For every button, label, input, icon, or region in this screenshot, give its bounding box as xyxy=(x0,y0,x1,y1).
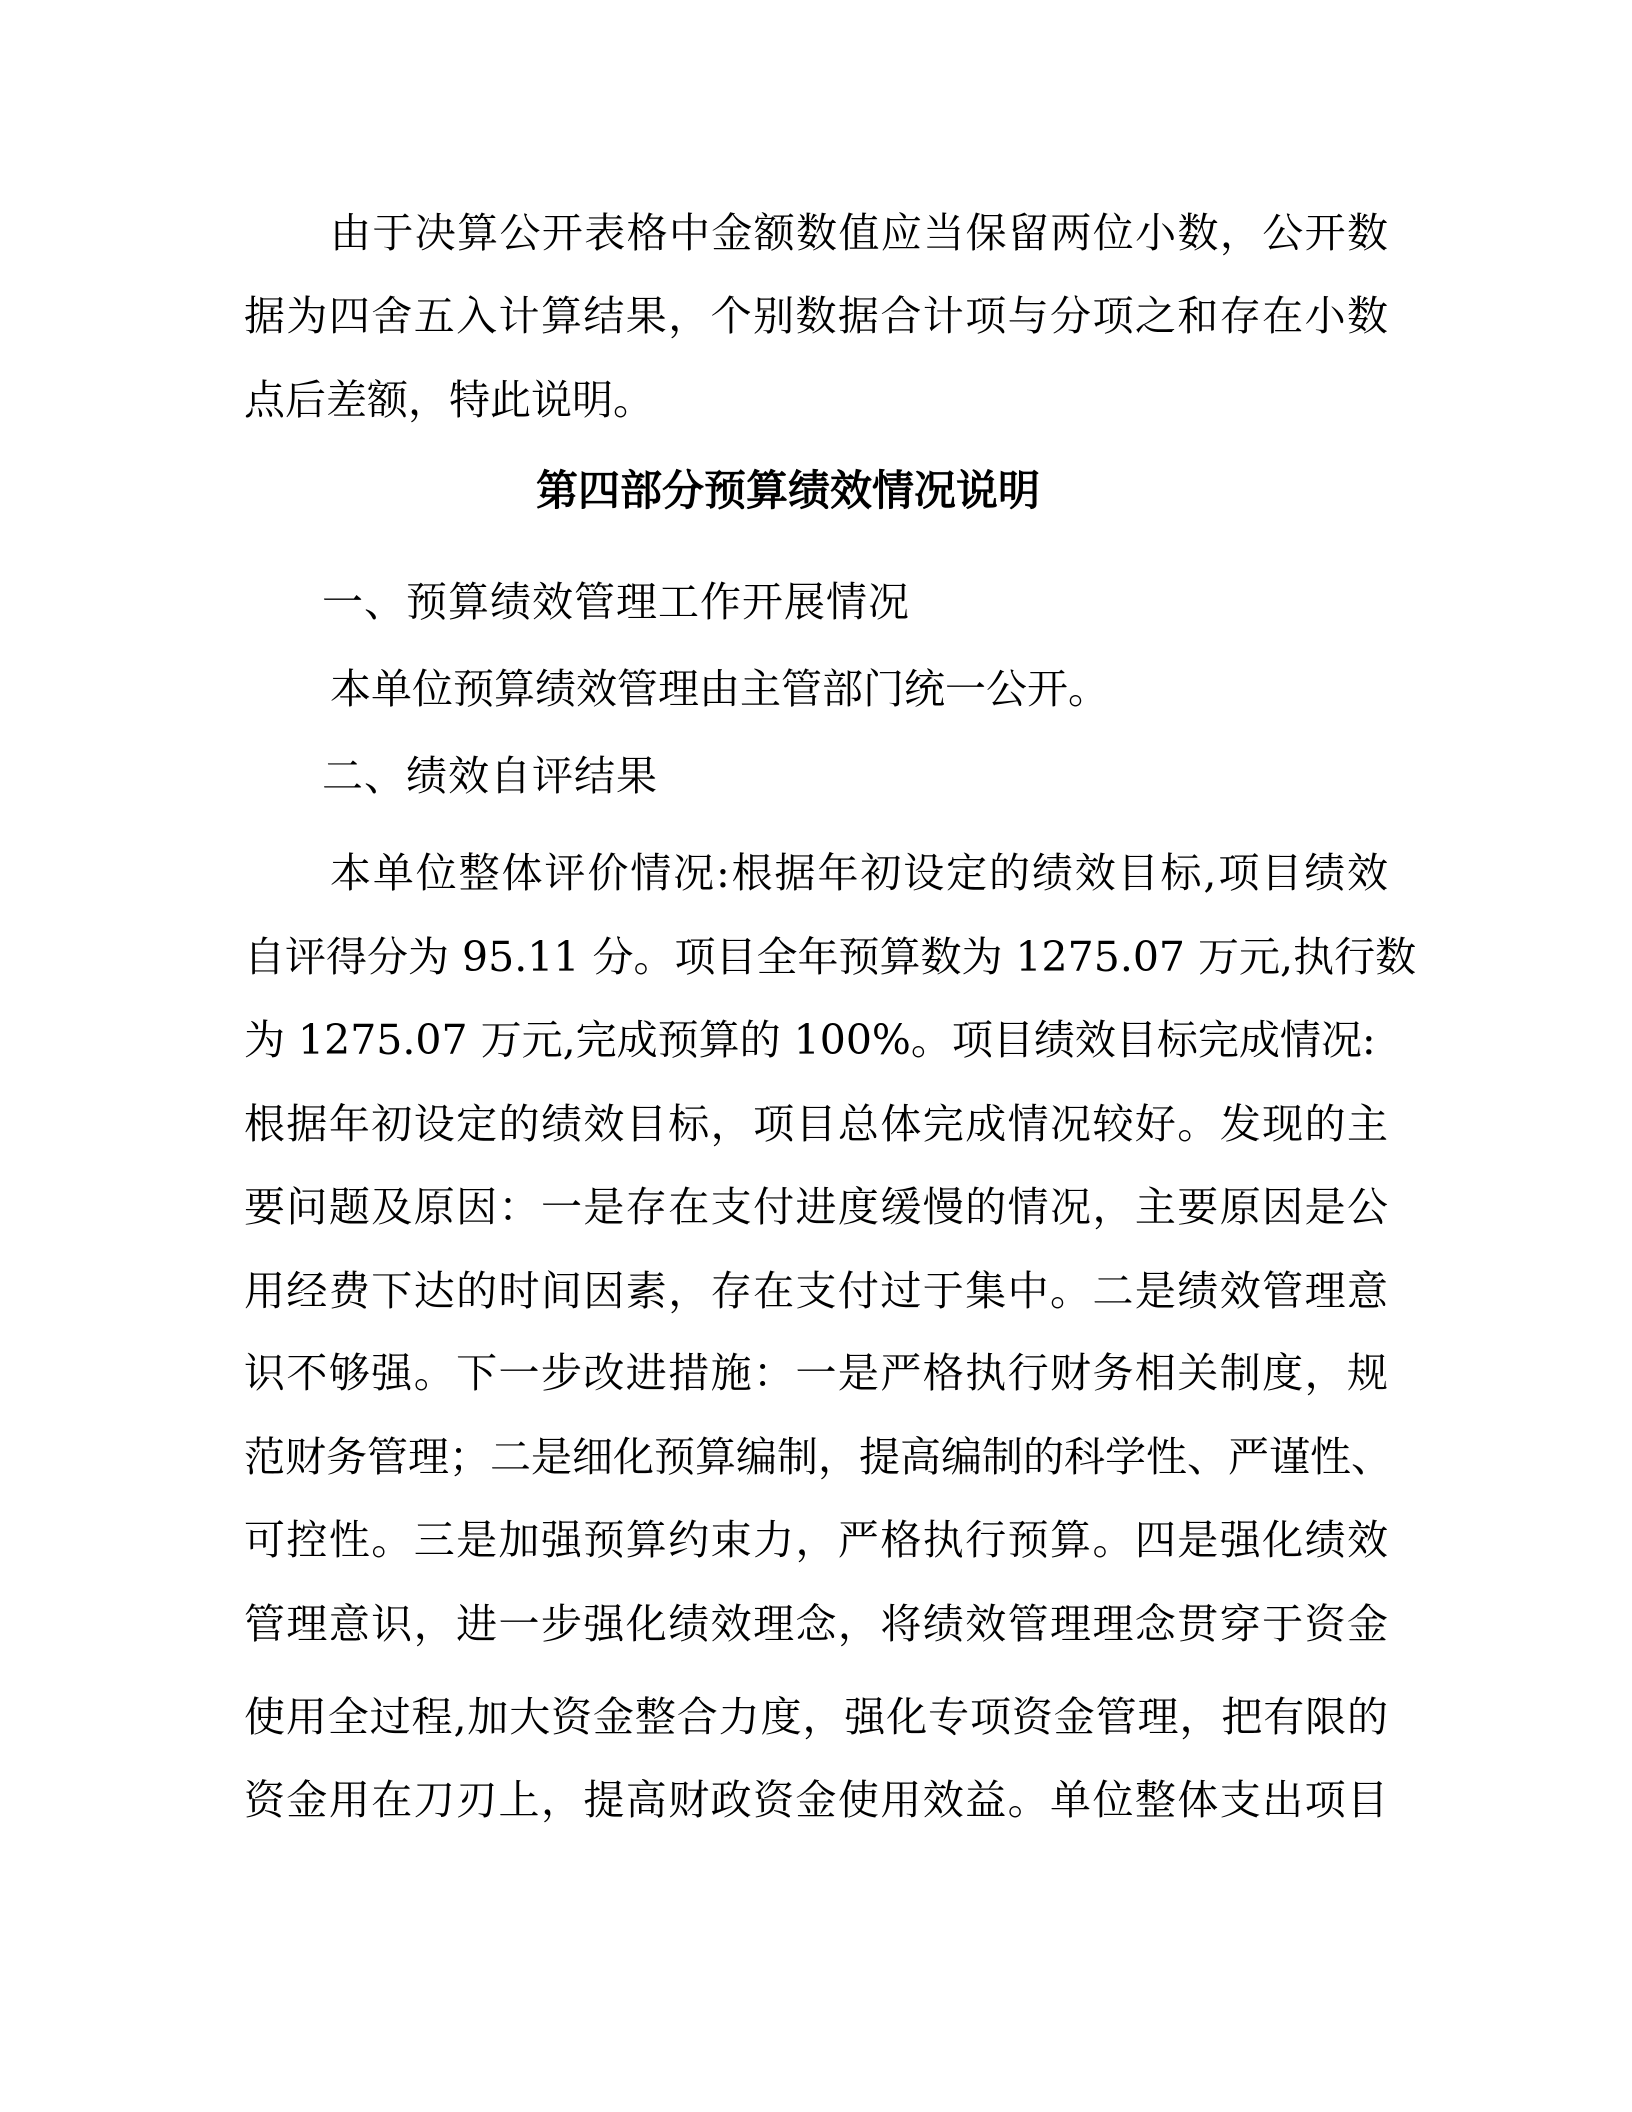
section-title-text: 预算绩效情况说明 xyxy=(704,461,1040,521)
paragraph-2-line: 管理意识，进一步强化绩效理念，将绩效管理理念贯穿于资金 xyxy=(244,1594,1388,1654)
paragraph-2-line: 自评得分为 95.11 分。项目全年预算数为 1275.07 万元,执行数 xyxy=(244,927,1388,987)
intro-paragraph-line: 据为四舍五入计算结果，个别数据合计项与分项之和存在小数 xyxy=(244,286,1388,346)
heading-budget-performance-management: 一、预算绩效管理工作开展情况 xyxy=(322,572,910,632)
paragraph-2-line: 使用全过程,加大资金整合力度，强化专项资金管理，把有限的 xyxy=(244,1687,1388,1747)
paragraph-2-line: 可控性。三是加强预算约束力，严格执行预算。四是强化绩效 xyxy=(244,1510,1388,1570)
paragraph-2-line: 识不够强。下一步改进措施：一是严格执行财务相关制度，规 xyxy=(244,1343,1388,1403)
paragraph-2-line: 本单位整体评价情况:根据年初设定的绩效目标,项目绩效 xyxy=(330,843,1388,903)
paragraph-2-line: 用经费下达的时间因素，存在支付过于集中。二是绩效管理意 xyxy=(244,1261,1388,1321)
paragraph-2-line: 根据年初设定的绩效目标，项目总体完成情况较好。发现的主 xyxy=(244,1094,1388,1154)
paragraph-2-line: 资金用在刀刃上，提高财政资金使用效益。单位整体支出项目 xyxy=(244,1770,1388,1830)
paragraph-2-line: 要问题及原因：一是存在支付进度缓慢的情况，主要原因是公 xyxy=(244,1177,1388,1237)
section-title: 第四部分 预算绩效情况说明 xyxy=(536,461,1020,521)
paragraph-1-line: 本单位预算绩效管理由主管部门统一公开。 xyxy=(330,659,1388,719)
document-page: 由于决算公开表格中金额数值应当保留两位小数，公开数 据为四舍五入计算结果，个别数… xyxy=(0,0,1632,2112)
intro-paragraph-line: 点后差额，特此说明。 xyxy=(244,370,1388,430)
section-part-label: 第四部分 xyxy=(536,461,704,521)
paragraph-2-line: 范财务管理；二是细化预算编制，提高编制的科学性、严谨性、 xyxy=(244,1427,1388,1487)
paragraph-2-line: 为 1275.07 万元,完成预算的 100%。项目绩效目标完成情况: xyxy=(244,1010,1388,1070)
heading-self-evaluation-results: 二、绩效自评结果 xyxy=(322,746,658,806)
intro-paragraph-line: 由于决算公开表格中金额数值应当保留两位小数，公开数 xyxy=(330,203,1388,263)
